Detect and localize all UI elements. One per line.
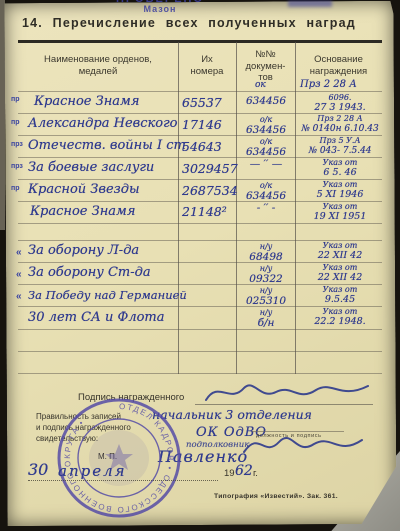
row-margin-note: « — [16, 247, 22, 258]
date-month: апреля — [58, 462, 127, 480]
col-header-basis-line1: Основание — [295, 54, 382, 66]
basis-line1: Прз 5 У.А — [319, 136, 360, 146]
award-name: 30 лет СА и Флота — [28, 310, 165, 325]
award-name: Красное Знамя — [30, 204, 135, 219]
date-printed-suffix: г. — [253, 468, 258, 479]
table-column-divider — [178, 42, 179, 374]
award-name: Отечеств. войны I ст — [28, 138, 186, 153]
awardee-signature — [200, 376, 375, 408]
award-number: 54643 — [182, 139, 222, 154]
section-title: 14. Перечисление всех полученных наград — [22, 16, 356, 30]
certifier-signature — [234, 422, 369, 467]
printer-imprint: Типография «Известий». Зак. 361. — [214, 493, 338, 500]
table-line — [18, 351, 382, 352]
doc-number: 634456 — [246, 96, 286, 106]
official-round-stamp: ОТДЕЛ КАДРОВ • ОДЕССКОГО ВОЕННОГО ОКРУГА… — [36, 396, 202, 520]
award-number: 21148² — [182, 204, 227, 219]
doc-number: 68498 — [249, 252, 282, 262]
doc-number: — ′′ — — [250, 159, 282, 169]
header-note-doc: ок — [255, 80, 266, 90]
col-header-doc: №№ докумен- тов — [236, 49, 295, 84]
scanned-award-document: ПРОВЕРЕНО Мазон 14. Перечисление всех по… — [0, 0, 400, 531]
doc-number: - ′′ - — [257, 203, 276, 213]
stamp-smudge — [288, 0, 332, 7]
award-name: За боевые заслуги — [28, 160, 154, 175]
basis-line2: 19 XI 1951 — [314, 212, 367, 222]
verification-stamp-name: Мазон — [110, 4, 210, 14]
table-line — [18, 91, 382, 92]
col-header-number: Их номера — [178, 54, 236, 77]
col-header-name-line2: медалей — [18, 66, 178, 78]
table-top-rule — [18, 40, 382, 43]
basis-line2: № 0140н 6.10.43 — [301, 124, 378, 134]
paper-edge-highlight — [0, 0, 5, 230]
col-header-name-line1: Наименование орденов, — [18, 54, 178, 66]
award-number: 3029457 — [182, 161, 238, 176]
award-name: За оборону Ст-да — [28, 265, 151, 280]
col-header-doc-line2: докумен- — [236, 61, 295, 73]
award-number: 2687534 — [182, 183, 238, 198]
row-margin-note: пр — [11, 119, 20, 126]
doc-number: 634456 — [246, 147, 286, 157]
doc-number: 025310 — [246, 296, 286, 306]
basis-line2: 22 XII 42 — [318, 273, 363, 283]
row-margin-note: пр — [11, 185, 20, 192]
basis-line2: 27 3 1943. — [314, 103, 365, 113]
award-name: Красной Звезды — [28, 182, 140, 197]
basis-line2: 6 5. 46 — [323, 168, 356, 178]
doc-number: б/н — [258, 318, 275, 328]
col-header-basis: Основание награждения — [295, 54, 382, 77]
table-line — [18, 329, 382, 330]
doc-number: 634456 — [246, 191, 286, 201]
date-day: 30 — [28, 460, 48, 479]
date-hand-year: 62 — [235, 463, 253, 479]
row-margin-note: « — [16, 269, 22, 280]
row-margin-note: прз — [11, 163, 23, 170]
header-note-basis: Прз 2 28 А — [300, 79, 357, 90]
doc-number: 09322 — [249, 274, 282, 284]
table-line — [18, 223, 382, 224]
col-header-doc-line1: №№ — [236, 49, 295, 61]
table-column-divider — [295, 42, 296, 374]
basis-line2: 22 XII 42 — [318, 251, 363, 261]
row-margin-note: пр — [11, 96, 20, 103]
award-name: Красное Знамя — [34, 94, 139, 109]
award-name: Александра Невского — [28, 116, 177, 131]
basis-line1: Прз 2 28 А — [317, 114, 362, 124]
col-header-name: Наименование орденов, медалей — [18, 54, 178, 77]
col-header-number-line1: Их — [178, 54, 236, 66]
row-margin-note: прз — [11, 141, 23, 148]
table-line — [18, 373, 382, 374]
col-header-number-line2: номера — [178, 66, 236, 78]
award-number: 65537 — [182, 95, 222, 110]
basis-line2: 22.2 1948. — [314, 317, 365, 327]
row-margin-note: « — [16, 291, 22, 302]
award-name: За оборону Л-да — [28, 243, 139, 258]
award-name: За Победу над Германией — [28, 288, 187, 302]
table-column-divider — [236, 42, 237, 374]
col-header-basis-line2: награждения — [295, 66, 382, 78]
date-printed-century: 19 — [224, 468, 235, 479]
award-number: 17146 — [182, 117, 222, 132]
basis-line2: 5 XI 1946 — [317, 190, 364, 200]
basis-line2: 9.5.45 — [325, 295, 355, 305]
basis-line2: № 043- 7.5.44 — [308, 146, 371, 156]
doc-number: 634456 — [246, 125, 286, 135]
